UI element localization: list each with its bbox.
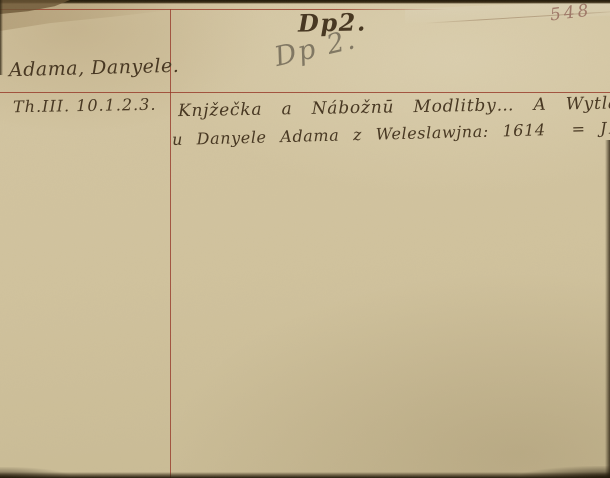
red-rule-top — [0, 9, 448, 10]
red-rule-vertical — [170, 9, 171, 478]
scan-edge-left — [0, 0, 3, 75]
title-line-2: u Danyele Adama z Weleslawjna: 1614= J12 — [172, 118, 610, 149]
scan-edge-right — [605, 140, 610, 478]
shelf-ref: = J12 — [571, 118, 610, 139]
title-line-1: Knjžečka a Nábožnū Modlitby… A Wytlačenj — [178, 93, 610, 121]
catalog-card: Dp2. Dp 2. 548 Adama, Danyele. Th.III. 1… — [0, 0, 610, 478]
folio-number: 548 — [549, 1, 593, 26]
scan-edge-top — [0, 0, 610, 4]
scan-edge-corner-bottom-left — [0, 467, 70, 478]
classmark: Th.III. 10.1.2.3. — [13, 95, 157, 117]
red-rule-middle — [0, 92, 610, 93]
scan-edge-corner-bottom-right — [520, 466, 610, 478]
scan-edge-bottom — [0, 472, 610, 478]
imprint-text: u Danyele Adama z Weleslawjna: 1614 — [172, 120, 546, 149]
author-heading: Adama, Danyele. — [9, 55, 180, 81]
